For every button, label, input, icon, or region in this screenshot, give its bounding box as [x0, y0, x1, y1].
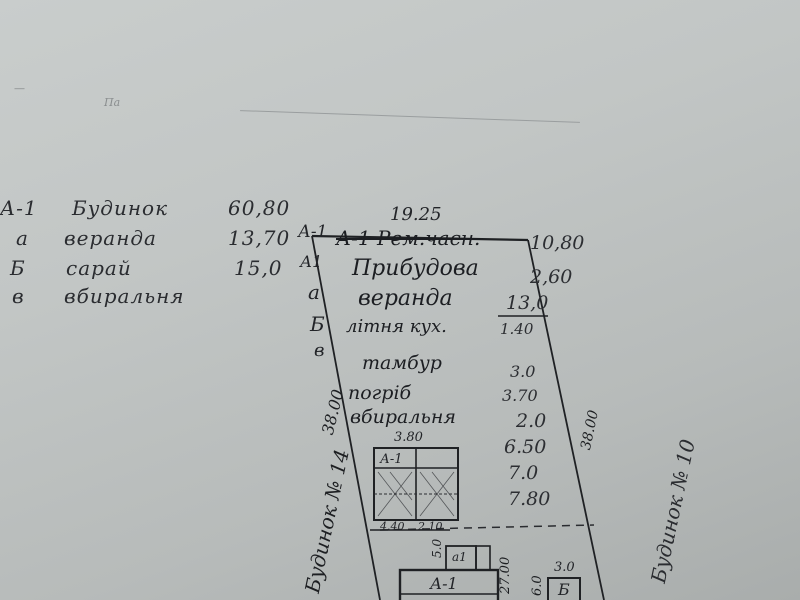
plot-entry-value: 3.0	[510, 362, 535, 381]
lower-building-top-dim: 3.0	[554, 560, 575, 575]
plot-entry-label: тамбур	[362, 352, 442, 374]
plot-top-width: 19.25	[390, 204, 442, 225]
side-code: Б	[310, 312, 325, 336]
plot-entry-value: 7.0	[508, 462, 538, 484]
plot-entry-label: веранда	[358, 286, 453, 311]
side-code: в	[314, 340, 324, 361]
plot-entry-value: 1.40	[500, 320, 533, 338]
inner-building-dim: 2.10	[418, 520, 443, 533]
lower-building-dim: 6.0	[530, 575, 545, 596]
plot-entry-value: 6.50	[504, 436, 546, 458]
plot-entry-label: А-1 Рем.часн.	[336, 226, 480, 250]
lower-building-label: а1	[452, 550, 467, 564]
side-code: а	[308, 280, 320, 304]
lower-building-label: Б	[558, 580, 570, 599]
plot-entry-label: погріб	[348, 382, 411, 404]
plot-entry-label: літня кух.	[346, 316, 447, 337]
plot-entry-value: 7.80	[508, 488, 550, 510]
plot-entry-value: 3.70	[502, 386, 538, 405]
lower-building-dim: 27.00	[498, 557, 513, 594]
plot-entry-value: 13,0	[506, 292, 548, 314]
inner-building-top-dim: 3.80	[394, 430, 423, 445]
plot-entry-value: 2.0	[516, 410, 546, 432]
lower-building-dim: 5.0	[430, 539, 444, 558]
plot-entry-value: 10,80	[530, 232, 584, 254]
inner-building-dim: 4.40	[380, 520, 405, 533]
plot-entry-label: вбиральня	[350, 406, 456, 428]
lower-building-label: А-1	[430, 574, 458, 593]
inner-building-label: А-1	[380, 452, 403, 467]
side-code: А-1	[298, 222, 327, 242]
plot-entry-value: 2,60	[530, 266, 572, 288]
side-code: А1	[300, 252, 322, 271]
plot-entry-label: Прибудова	[352, 256, 479, 281]
